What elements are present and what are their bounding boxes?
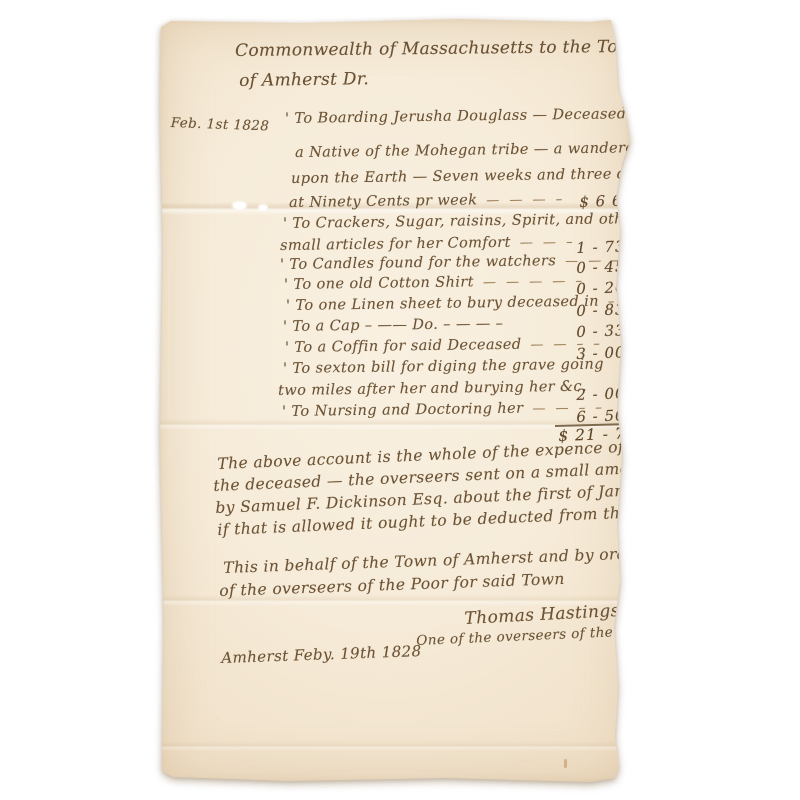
dash-leader: — — — — – [483, 274, 585, 290]
dash-leader: — — – [520, 235, 576, 251]
ledger-line: upon the Earth — Seven weeks and three d… [291, 166, 652, 187]
closing-line: This in behalf of the Town of Amherst an… [223, 544, 645, 577]
ledger-line-text: ' To Nursing and Doctoring her [282, 401, 524, 420]
amount-value: 0 - 83 [576, 300, 626, 320]
doc-title-line2: of Amherst Dr. [239, 69, 369, 91]
ledger-line-text: ' To one Linen sheet to bury deceased in [286, 294, 599, 314]
dash-leader: — — — – [486, 192, 565, 208]
ledger-line: a Native of the Mohegan tribe — a wander… [295, 140, 642, 161]
ledger-line: ' To a Cap – —— Do. – — — – [283, 316, 503, 335]
ledger-line: ' To Nursing and Doctoring her— — – – [282, 399, 605, 420]
ledger-line: ' To a Coffin for said Deceased— — – – [285, 336, 603, 356]
amount-value: $ 6 69 [579, 191, 633, 211]
ledger-line: ' To Boarding Jerusha Douglass — Decease… [285, 106, 647, 127]
ledger-line: ' To one old Cotton Shirt— — — — – [284, 273, 585, 293]
manuscript-paper: Commonwealth of Massachusetts to the Tow… [159, 19, 631, 782]
ledger-line: ' To one Linen sheet to bury deceased in… [286, 293, 618, 314]
ledger-line-text: ' To a Coffin for said Deceased [285, 337, 522, 356]
doc-title-line1: Commonwealth of Massachusetts to the Tow… [235, 37, 644, 61]
place-dateline: Amherst Feby. 19th 1828 [221, 642, 422, 667]
ledger-line: at Ninety Cents pr week— — — – [289, 191, 565, 211]
ledger-line: small articles for her Comfort— — – [280, 234, 576, 254]
paper-stain [564, 759, 567, 768]
paper-hole [259, 205, 267, 210]
ledger-line-text: small articles for her Comfort [280, 235, 511, 254]
ledger-line: ' To sexton bill for diging the grave go… [283, 357, 604, 377]
ledger-line: two miles after her and burying her &c. [278, 379, 587, 399]
ledger-line-text: at Ninety Cents pr week [289, 192, 477, 211]
paper-hole [233, 202, 246, 209]
entry-date: Feb. 1st 1828 [170, 115, 269, 134]
paper-sheet: Commonwealth of Massachusetts to the Tow… [159, 19, 631, 782]
ledger-line-text: ' To one old Cotton Shirt [284, 274, 474, 293]
fold-crease [159, 741, 631, 751]
ledger-line-text: ' To Candles found for the watchers [280, 253, 556, 273]
photo-backdrop: Commonwealth of Massachusetts to the Tow… [0, 0, 800, 800]
ledger-line: ' To Crackers, Sugar, raisins, Spirit, a… [283, 211, 640, 232]
signature-title: One of the overseers of the Poor [416, 623, 651, 649]
